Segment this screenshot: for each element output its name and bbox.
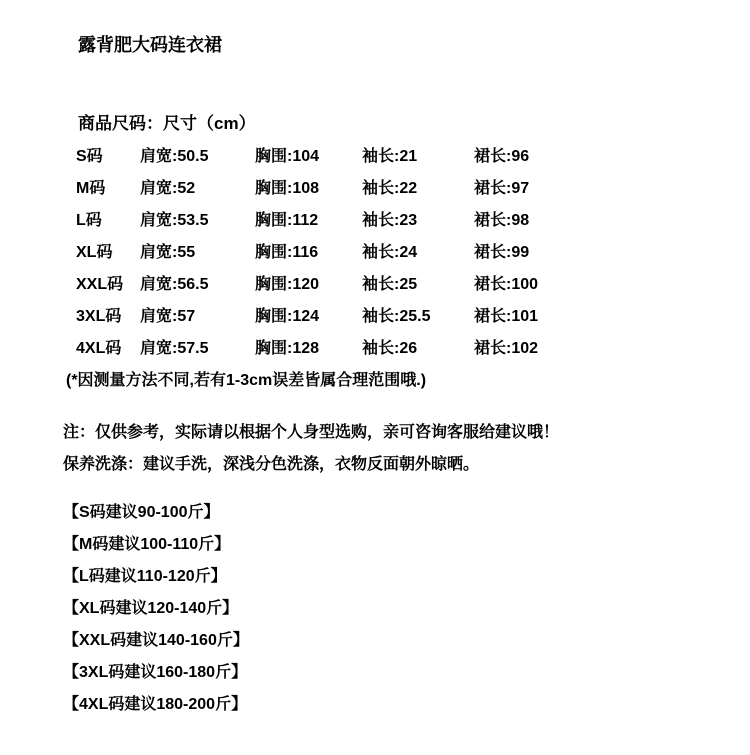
sleeve-length-value: 袖长:21 [362,141,474,173]
skirt-length-value: 裙长:98 [474,205,696,237]
sleeve-length-value: 袖长:24 [362,237,474,269]
weight-recommendation-l: 【L码建议110-120斤】 [63,561,249,593]
skirt-length-value: 裙长:99 [474,237,696,269]
bust-value: 胸围:128 [255,333,362,365]
size-row-l: L码 肩宽:53.5 胸围:112 袖长:23 裙长:98 [76,205,696,237]
bust-value: 胸围:112 [255,205,362,237]
shoulder-width-value: 肩宽:50.5 [140,141,255,173]
shoulder-width-value: 肩宽:56.5 [140,269,255,301]
care-note: 保养洗涤：建议手洗，深浅分色洗涤，衣物反面朝外晾晒。 [63,455,479,474]
weight-recommendation-xl: 【XL码建议120-140斤】 [63,593,249,625]
weight-recommendation-s: 【S码建议90-100斤】 [63,497,249,529]
size-row-s: S码 肩宽:50.5 胸围:104 袖长:21 裙长:96 [76,141,696,173]
size-row-xl: XL码 肩宽:55 胸围:116 袖长:24 裙长:99 [76,237,696,269]
skirt-length-value: 裙长:97 [474,173,696,205]
size-label: L码 [76,205,140,237]
shoulder-width-value: 肩宽:55 [140,237,255,269]
skirt-length-value: 裙长:100 [474,269,696,301]
shoulder-width-value: 肩宽:57 [140,301,255,333]
weight-recommendation-3xl: 【3XL码建议160-180斤】 [63,657,249,689]
size-row-xxl: XXL码 肩宽:56.5 胸围:120 袖长:25 裙长:100 [76,269,696,301]
product-title: 露背肥大码连衣裙 [78,36,222,55]
size-label: XL码 [76,237,140,269]
size-label: 3XL码 [76,301,140,333]
shoulder-width-value: 肩宽:57.5 [140,333,255,365]
bust-value: 胸围:120 [255,269,362,301]
skirt-length-value: 裙长:101 [474,301,696,333]
weight-recommendation-xxl: 【XXL码建议140-160斤】 [63,625,249,657]
bust-value: 胸围:116 [255,237,362,269]
weight-recommendation-4xl: 【4XL码建议180-200斤】 [63,689,249,721]
size-section-header: 商品尺码：尺寸（cm） [78,114,256,133]
size-label: 4XL码 [76,333,140,365]
sleeve-length-value: 袖长:22 [362,173,474,205]
sleeve-length-value: 袖长:25.5 [362,301,474,333]
size-chart-page: 露背肥大码连衣裙 商品尺码：尺寸（cm） S码 肩宽:50.5 胸围:104 袖… [0,0,750,755]
tolerance-note: (*因测量方法不同,若有1-3cm误差皆属合理范围哦.) [66,371,426,390]
bust-value: 胸围:124 [255,301,362,333]
size-row-3xl: 3XL码 肩宽:57 胸围:124 袖长:25.5 裙长:101 [76,301,696,333]
size-row-4xl: 4XL码 肩宽:57.5 胸围:128 袖长:26 裙长:102 [76,333,696,365]
size-label: XXL码 [76,269,140,301]
sleeve-length-value: 袖长:23 [362,205,474,237]
shoulder-width-value: 肩宽:53.5 [140,205,255,237]
size-row-m: M码 肩宽:52 胸围:108 袖长:22 裙长:97 [76,173,696,205]
sleeve-length-value: 袖长:25 [362,269,474,301]
sleeve-length-value: 袖长:26 [362,333,474,365]
size-label: M码 [76,173,140,205]
skirt-length-value: 裙长:96 [474,141,696,173]
bust-value: 胸围:104 [255,141,362,173]
skirt-length-value: 裙长:102 [474,333,696,365]
size-label: S码 [76,141,140,173]
weight-recommendations: 【S码建议90-100斤】 【M码建议100-110斤】 【L码建议110-12… [63,497,249,721]
shoulder-width-value: 肩宽:52 [140,173,255,205]
size-table: S码 肩宽:50.5 胸围:104 袖长:21 裙长:96 M码 肩宽:52 胸… [76,141,696,365]
bust-value: 胸围:108 [255,173,362,205]
reference-note: 注：仅供参考，实际请以根据个人身型选购，亲可咨询客服给建议哦！ [63,423,559,442]
weight-recommendation-m: 【M码建议100-110斤】 [63,529,249,561]
